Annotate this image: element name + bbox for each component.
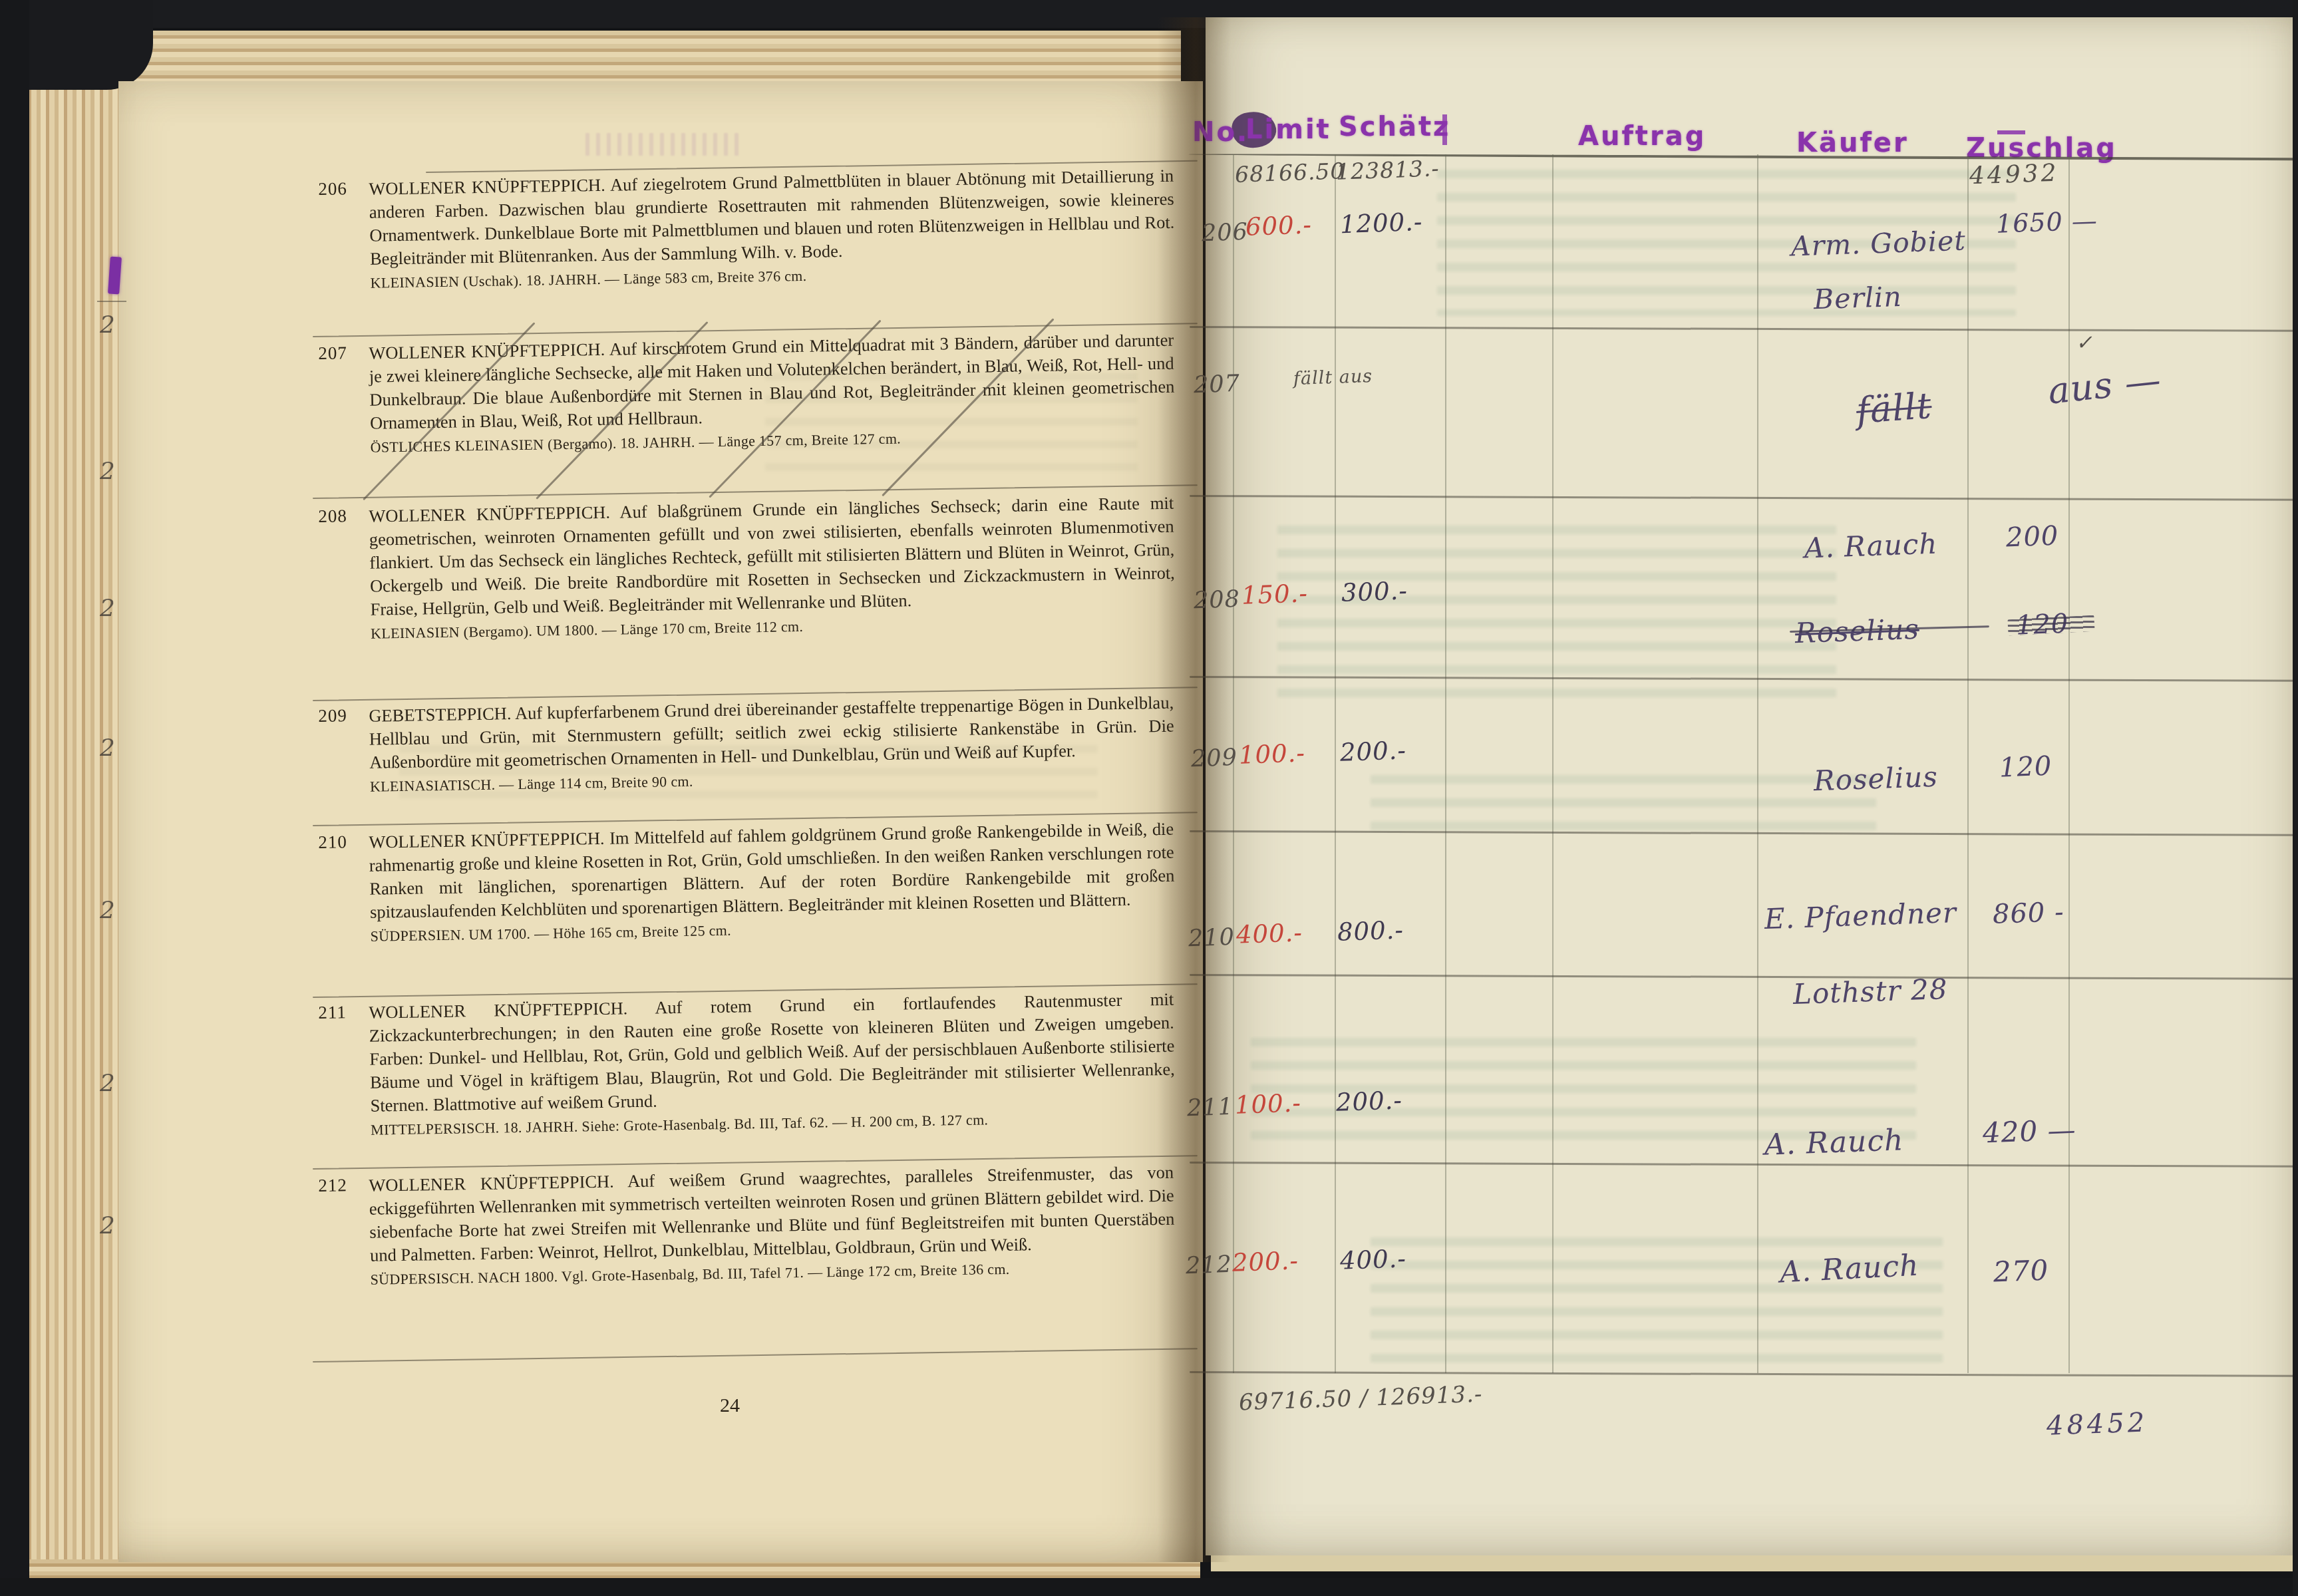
catalog-entry-209: 209 GEBETSTEPPICH. Auf kupferfarbenem Gr… [318,691,1179,797]
margin-mark: 2 [100,311,115,339]
catalog-entry-207: 207 WOLLENER KNÜPFTEPPICH. Auf kirschrot… [318,329,1180,458]
ledger-hammer-price: 1650 — [1995,206,2098,238]
book-gutter [1158,17,1231,1562]
lot-number: 207 [318,343,347,364]
column-line [1335,154,1336,1373]
margin-mark: 2 [100,734,115,762]
book-cover-left-edge [0,0,29,1596]
carry-forward-zuschlag: 44932 [1969,160,2059,190]
lot-number: 209 [318,705,347,726]
lot-description: WOLLENER KNÜPFTEPPICH. Auf blaßgrünem Gr… [369,492,1176,621]
margin-mark: 2 [100,897,115,924]
ledger-buyer: Arm. Gobiet [1790,224,1966,262]
bleed-through [1371,775,1876,835]
carry-forward-limit: 68166.50 [1234,158,1345,188]
stamp-artifact [1997,130,2025,134]
column-line [1445,154,1446,1373]
lot-number: 211 [318,1002,347,1023]
ink-smudge [585,133,739,156]
scanned-book-spread: 2 2 2 2 2 2 2 206 WOLLENER KNÜPFTEPPICH.… [0,0,2298,1596]
withdrawn-word: fällt [1855,385,1933,432]
ledger-buyer: E. Pfaendner [1764,896,1957,935]
lot-number: 210 [318,832,347,853]
lot-number: 208 [318,506,347,527]
book-cover-bottom-edge [0,1578,2298,1596]
ledger-schaetz: 200.- [1339,736,1406,766]
under-page-edge [1211,1554,2293,1571]
margin-mark: 2 [100,595,115,622]
margin-mark: 2 [100,458,115,485]
ledger-hammer-price: 270 [1993,1254,2049,1289]
lot-description: WOLLENER KNÜPFTEPPICH. Auf rotem Grund e… [369,988,1176,1118]
lot-description: WOLLENER KNÜPFTEPPICH. Im Mittelfeld auf… [369,818,1175,924]
header-auftrag: Auftrag [1578,121,1706,152]
ledger-hammer-price: 420 — [1982,1114,2076,1150]
ledger-buyer: A. Rauch [1804,528,1938,565]
ledger-hammer-price: 120 [1999,751,2052,784]
ledger-buyer-city: Berlin [1813,281,1902,316]
page-stack-top-edges [37,31,1181,85]
ledger-buyer: A. Rauch [1764,1123,1904,1162]
column-line [2068,154,2070,1373]
ledger-buyer-address: Lothstr 28 [1792,973,1948,1011]
lot-number: 212 [318,1175,347,1196]
ledger-schaetz: 400.- [1339,1244,1406,1275]
page-number: 24 [720,1394,740,1417]
lot-number: 206 [318,178,347,200]
lot-description: WOLLENER KNÜPFTEPPICH. Auf ziegelrotem G… [369,164,1175,271]
ledger-limit: 150.- [1241,579,1308,609]
ledger-schaetz: 800.- [1337,915,1404,946]
pencil-dash [97,301,126,302]
book-cover-right-edge [2293,0,2298,1596]
ledger-limit: 400.- [1235,918,1303,949]
margin-mark: 2 [100,1212,115,1239]
withdrawn-pencil-note: fällt aus [1293,366,1373,389]
bleed-through [1277,526,1836,699]
ledger-schaetz: 300.- [1341,576,1408,607]
ledger-hammer-price: 860 - [1992,897,2064,930]
ledger-limit: 600.- [1245,210,1312,241]
checkmark: ✓ [2075,331,2093,355]
ledger-limit: 100.- [1234,1088,1301,1119]
ledger-limit: 100.- [1238,738,1305,769]
carry-forward-schaetz: 123813.- [1335,155,1440,184]
catalog-entry-208: 208 WOLLENER KNÜPFTEPPICH. Auf blaßgrüne… [318,492,1180,644]
lot-description: GEBETSTEPPICH. Auf kupferfarbenem Grund … [369,691,1175,774]
column-line [1757,154,1758,1373]
ledger-schaetz: 1200.- [1339,208,1423,239]
header-kaeufer: Käufer [1796,128,1909,158]
lot-description: WOLLENER KNÜPFTEPPICH. Auf kirschrotem G… [369,329,1175,435]
column-line [1552,154,1554,1373]
catalog-entry-210: 210 WOLLENER KNÜPFTEPPICH. Im Mittelfeld… [318,818,1180,947]
stamp-artifact [1442,114,1447,145]
totals-zuschlag: 48452 [2046,1407,2148,1441]
catalog-entry-212: 212 WOLLENER KNÜPFTEPPICH. Auf weißem Gr… [318,1161,1180,1290]
column-line [1967,154,1969,1373]
header-limit: Limit [1245,114,1331,145]
catalog-entry-206: 206 WOLLENER KNÜPFTEPPICH. Auf ziegelrot… [318,164,1180,293]
ledger-limit: 200.- [1231,1246,1299,1277]
catalog-entry-211: 211 WOLLENER KNÜPFTEPPICH. Auf rotem Gru… [318,988,1180,1140]
ledger-schaetz: 200.- [1335,1086,1402,1116]
ledger-hammer-price: 200 [2005,521,2059,554]
ledger-buyer: Roselius [1813,760,1938,797]
margin-mark: 2 [100,1070,115,1097]
header-schaetz: Schätz [1339,112,1450,142]
lot-description: WOLLENER KNÜPFTEPPICH. Auf weißem Grund … [369,1161,1175,1267]
